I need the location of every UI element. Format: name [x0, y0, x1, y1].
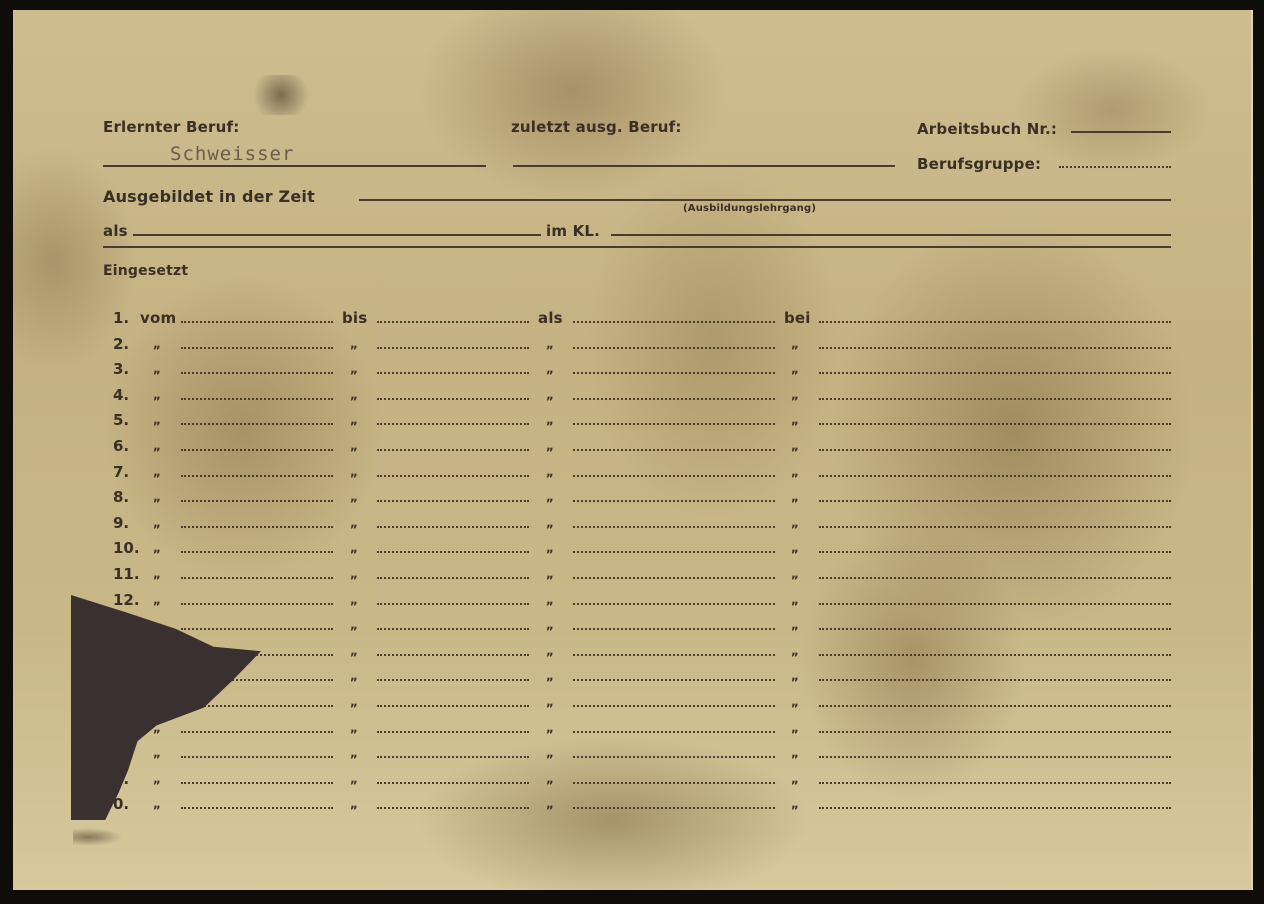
- row-number: 8.: [113, 488, 151, 506]
- ditto-mark: „: [546, 541, 554, 555]
- als-field-line: [573, 679, 775, 681]
- row-number: 0.: [113, 795, 151, 813]
- row-number: 9.: [113, 514, 151, 532]
- vom-field-line: [181, 807, 333, 809]
- ditto-mark: „: [350, 465, 358, 479]
- bis-field-line: [377, 807, 529, 809]
- als-field-line: [573, 603, 775, 605]
- ditto-mark: „: [153, 567, 161, 581]
- bei-field-line: [819, 679, 1171, 681]
- ditto-mark: „: [791, 772, 799, 786]
- ditto-mark: „: [350, 746, 358, 760]
- ditto-mark: „: [791, 721, 799, 735]
- ditto-mark: „: [153, 797, 161, 811]
- ditto-mark: „: [791, 490, 799, 504]
- bei-field-line: [819, 449, 1171, 451]
- vom-field-line: [181, 475, 333, 477]
- row-number: 2.: [113, 335, 151, 353]
- ditto-mark: „: [350, 797, 358, 811]
- bei-field-line: [819, 603, 1171, 605]
- ditto-mark: „: [546, 465, 554, 479]
- ditto-mark: „: [350, 516, 358, 530]
- ditto-mark: „: [791, 337, 799, 351]
- als-field-line: [573, 372, 775, 374]
- row-number: 4.: [113, 386, 151, 404]
- als-column-label: als: [538, 309, 563, 327]
- ditto-mark: „: [153, 516, 161, 530]
- als-field-line: [573, 449, 775, 451]
- row-number: 11.: [113, 565, 151, 583]
- als-field-line: [573, 705, 775, 707]
- vom-field-line: [181, 449, 333, 451]
- vom-field-line: [181, 603, 333, 605]
- bis-field-line: [377, 654, 529, 656]
- zuletzt-beruf-label: zuletzt ausg. Beruf:: [511, 118, 682, 136]
- ink-blot: [253, 75, 323, 115]
- section-divider: [103, 246, 1171, 248]
- ditto-mark: „: [350, 362, 358, 376]
- bei-field-line: [819, 756, 1171, 758]
- bis-field-line: [377, 628, 529, 630]
- ditto-mark: „: [350, 593, 358, 607]
- bei-field-line: [819, 551, 1171, 553]
- bis-field-line: [377, 475, 529, 477]
- row-number: 3.: [113, 360, 151, 378]
- als-field-line: [573, 423, 775, 425]
- als-field-line: [573, 782, 775, 784]
- berufsgruppe-line: [1059, 166, 1171, 168]
- bis-field-line: [377, 731, 529, 733]
- vom-field-line: [181, 577, 333, 579]
- bei-field-line: [819, 782, 1171, 784]
- bei-field-line: [819, 372, 1171, 374]
- ditto-mark: „: [546, 695, 554, 709]
- bei-field-line: [819, 500, 1171, 502]
- ditto-mark: „: [791, 567, 799, 581]
- ditto-mark: „: [791, 465, 799, 479]
- vom-field-line: [181, 526, 333, 528]
- ditto-mark: „: [153, 593, 161, 607]
- bei-field-line: [819, 577, 1171, 579]
- bei-field-line: [819, 628, 1171, 630]
- ditto-mark: „: [153, 541, 161, 555]
- arbeitsbuch-line: [1071, 131, 1171, 133]
- ditto-mark: „: [350, 388, 358, 402]
- bei-field-line: [819, 423, 1171, 425]
- ditto-mark: „: [546, 362, 554, 376]
- bei-field-line: [819, 731, 1171, 733]
- ditto-mark: „: [546, 669, 554, 683]
- ditto-mark: „: [791, 362, 799, 376]
- bei-field-line: [819, 347, 1171, 349]
- bis-field-line: [377, 423, 529, 425]
- ditto-mark: „: [350, 669, 358, 683]
- als-line: [133, 234, 541, 236]
- ditto-mark: „: [791, 388, 799, 402]
- bis-field-line: [377, 321, 529, 323]
- als-field-line: [573, 347, 775, 349]
- bis-field-line: [377, 782, 529, 784]
- ditto-mark: „: [350, 413, 358, 427]
- bis-label: bis: [342, 309, 367, 327]
- ditto-mark: „: [153, 465, 161, 479]
- ditto-mark: „: [153, 490, 161, 504]
- erlernter-beruf-line: [103, 165, 486, 167]
- ditto-mark: „: [153, 439, 161, 453]
- vom-field-line: [181, 782, 333, 784]
- vom-field-line: [181, 731, 333, 733]
- ditto-mark: „: [153, 362, 161, 376]
- als-field-line: [573, 628, 775, 630]
- ditto-mark: „: [546, 567, 554, 581]
- zuletzt-beruf-line: [513, 165, 895, 167]
- bis-field-line: [377, 551, 529, 553]
- ditto-mark: „: [350, 567, 358, 581]
- ditto-mark: „: [791, 413, 799, 427]
- vom-field-line: [181, 551, 333, 553]
- bei-field-line: [819, 475, 1171, 477]
- eingesetzt-title: Eingesetzt: [103, 263, 188, 279]
- ausbildungslehrgang-caption: (Ausbildungslehrgang): [683, 203, 816, 214]
- ditto-mark: „: [153, 388, 161, 402]
- bei-field-line: [819, 807, 1171, 809]
- ditto-mark: „: [791, 593, 799, 607]
- als-field-line: [573, 756, 775, 758]
- berufsgruppe-label: Berufsgruppe:: [917, 155, 1041, 173]
- erlernter-beruf-value: Schweisser: [170, 143, 294, 165]
- bis-field-line: [377, 500, 529, 502]
- bei-field-line: [819, 526, 1171, 528]
- im-kl-label: im KL.: [546, 222, 600, 240]
- ditto-mark: „: [350, 644, 358, 658]
- bis-field-line: [377, 526, 529, 528]
- als-field-line: [573, 475, 775, 477]
- bis-field-line: [377, 679, 529, 681]
- erlernter-beruf-label: Erlernter Beruf:: [103, 118, 239, 136]
- bis-field-line: [377, 603, 529, 605]
- ditto-mark: „: [791, 516, 799, 530]
- bis-field-line: [377, 756, 529, 758]
- ditto-mark: „: [546, 721, 554, 735]
- vom-field-line: [181, 321, 333, 323]
- ditto-mark: „: [546, 516, 554, 530]
- row-number: 7.: [113, 463, 151, 481]
- bei-field-line: [819, 398, 1171, 400]
- vom-field-line: [181, 347, 333, 349]
- ditto-mark: „: [546, 413, 554, 427]
- ditto-mark: „: [153, 413, 161, 427]
- vom-label: vom: [140, 309, 176, 327]
- ditto-mark: „: [350, 337, 358, 351]
- paper-stain: [73, 828, 123, 846]
- bis-field-line: [377, 577, 529, 579]
- ditto-mark: „: [791, 746, 799, 760]
- ditto-mark: „: [791, 669, 799, 683]
- bei-field-line: [819, 705, 1171, 707]
- ditto-mark: „: [791, 439, 799, 453]
- ditto-mark: „: [546, 772, 554, 786]
- als-field-line: [573, 321, 775, 323]
- ausgebildet-line: [359, 199, 1171, 201]
- bis-field-line: [377, 705, 529, 707]
- ditto-mark: „: [153, 772, 161, 786]
- bis-field-line: [377, 449, 529, 451]
- als-field-line: [573, 526, 775, 528]
- bis-field-line: [377, 372, 529, 374]
- ditto-mark: „: [153, 746, 161, 760]
- ditto-mark: „: [546, 797, 554, 811]
- ditto-mark: „: [546, 746, 554, 760]
- ditto-mark: „: [350, 721, 358, 735]
- ditto-mark: „: [791, 695, 799, 709]
- ditto-mark: „: [791, 797, 799, 811]
- ditto-mark: „: [350, 695, 358, 709]
- vom-field-line: [181, 398, 333, 400]
- ditto-mark: „: [791, 618, 799, 632]
- vom-field-line: [181, 628, 333, 630]
- als-field-line: [573, 577, 775, 579]
- ditto-mark: „: [546, 618, 554, 632]
- ditto-mark: „: [546, 490, 554, 504]
- ditto-mark: „: [546, 644, 554, 658]
- als-field-line: [573, 398, 775, 400]
- ditto-mark: „: [350, 490, 358, 504]
- bei-field-line: [819, 654, 1171, 656]
- ditto-mark: „: [791, 644, 799, 658]
- als-field-line: [573, 654, 775, 656]
- row-number: 6.: [113, 437, 151, 455]
- ditto-mark: „: [546, 337, 554, 351]
- bis-field-line: [377, 347, 529, 349]
- ditto-mark: „: [546, 388, 554, 402]
- row-number: 5.: [113, 411, 151, 429]
- vom-field-line: [181, 423, 333, 425]
- ditto-mark: „: [791, 541, 799, 555]
- vom-field-line: [181, 756, 333, 758]
- als-label: als: [103, 222, 128, 240]
- ditto-mark: „: [350, 541, 358, 555]
- als-field-line: [573, 500, 775, 502]
- im-kl-line: [611, 234, 1171, 236]
- work-record-card: Erlernter Beruf: Schweisser zuletzt ausg…: [13, 10, 1253, 890]
- ditto-mark: „: [350, 772, 358, 786]
- bis-field-line: [377, 398, 529, 400]
- row-number: 10.: [113, 539, 151, 557]
- row-number: 12.: [113, 591, 151, 609]
- bei-label: bei: [784, 309, 811, 327]
- als-field-line: [573, 731, 775, 733]
- ditto-mark: „: [546, 439, 554, 453]
- arbeitsbuch-label: Arbeitsbuch Nr.:: [917, 120, 1057, 138]
- ditto-mark: „: [350, 618, 358, 632]
- als-field-line: [573, 551, 775, 553]
- ditto-mark: „: [546, 593, 554, 607]
- als-field-line: [573, 807, 775, 809]
- vom-field-line: [181, 500, 333, 502]
- ditto-mark: „: [350, 439, 358, 453]
- bei-field-line: [819, 321, 1171, 323]
- vom-field-line: [181, 372, 333, 374]
- ditto-mark: „: [153, 337, 161, 351]
- ausgebildet-label: Ausgebildet in der Zeit: [103, 187, 315, 206]
